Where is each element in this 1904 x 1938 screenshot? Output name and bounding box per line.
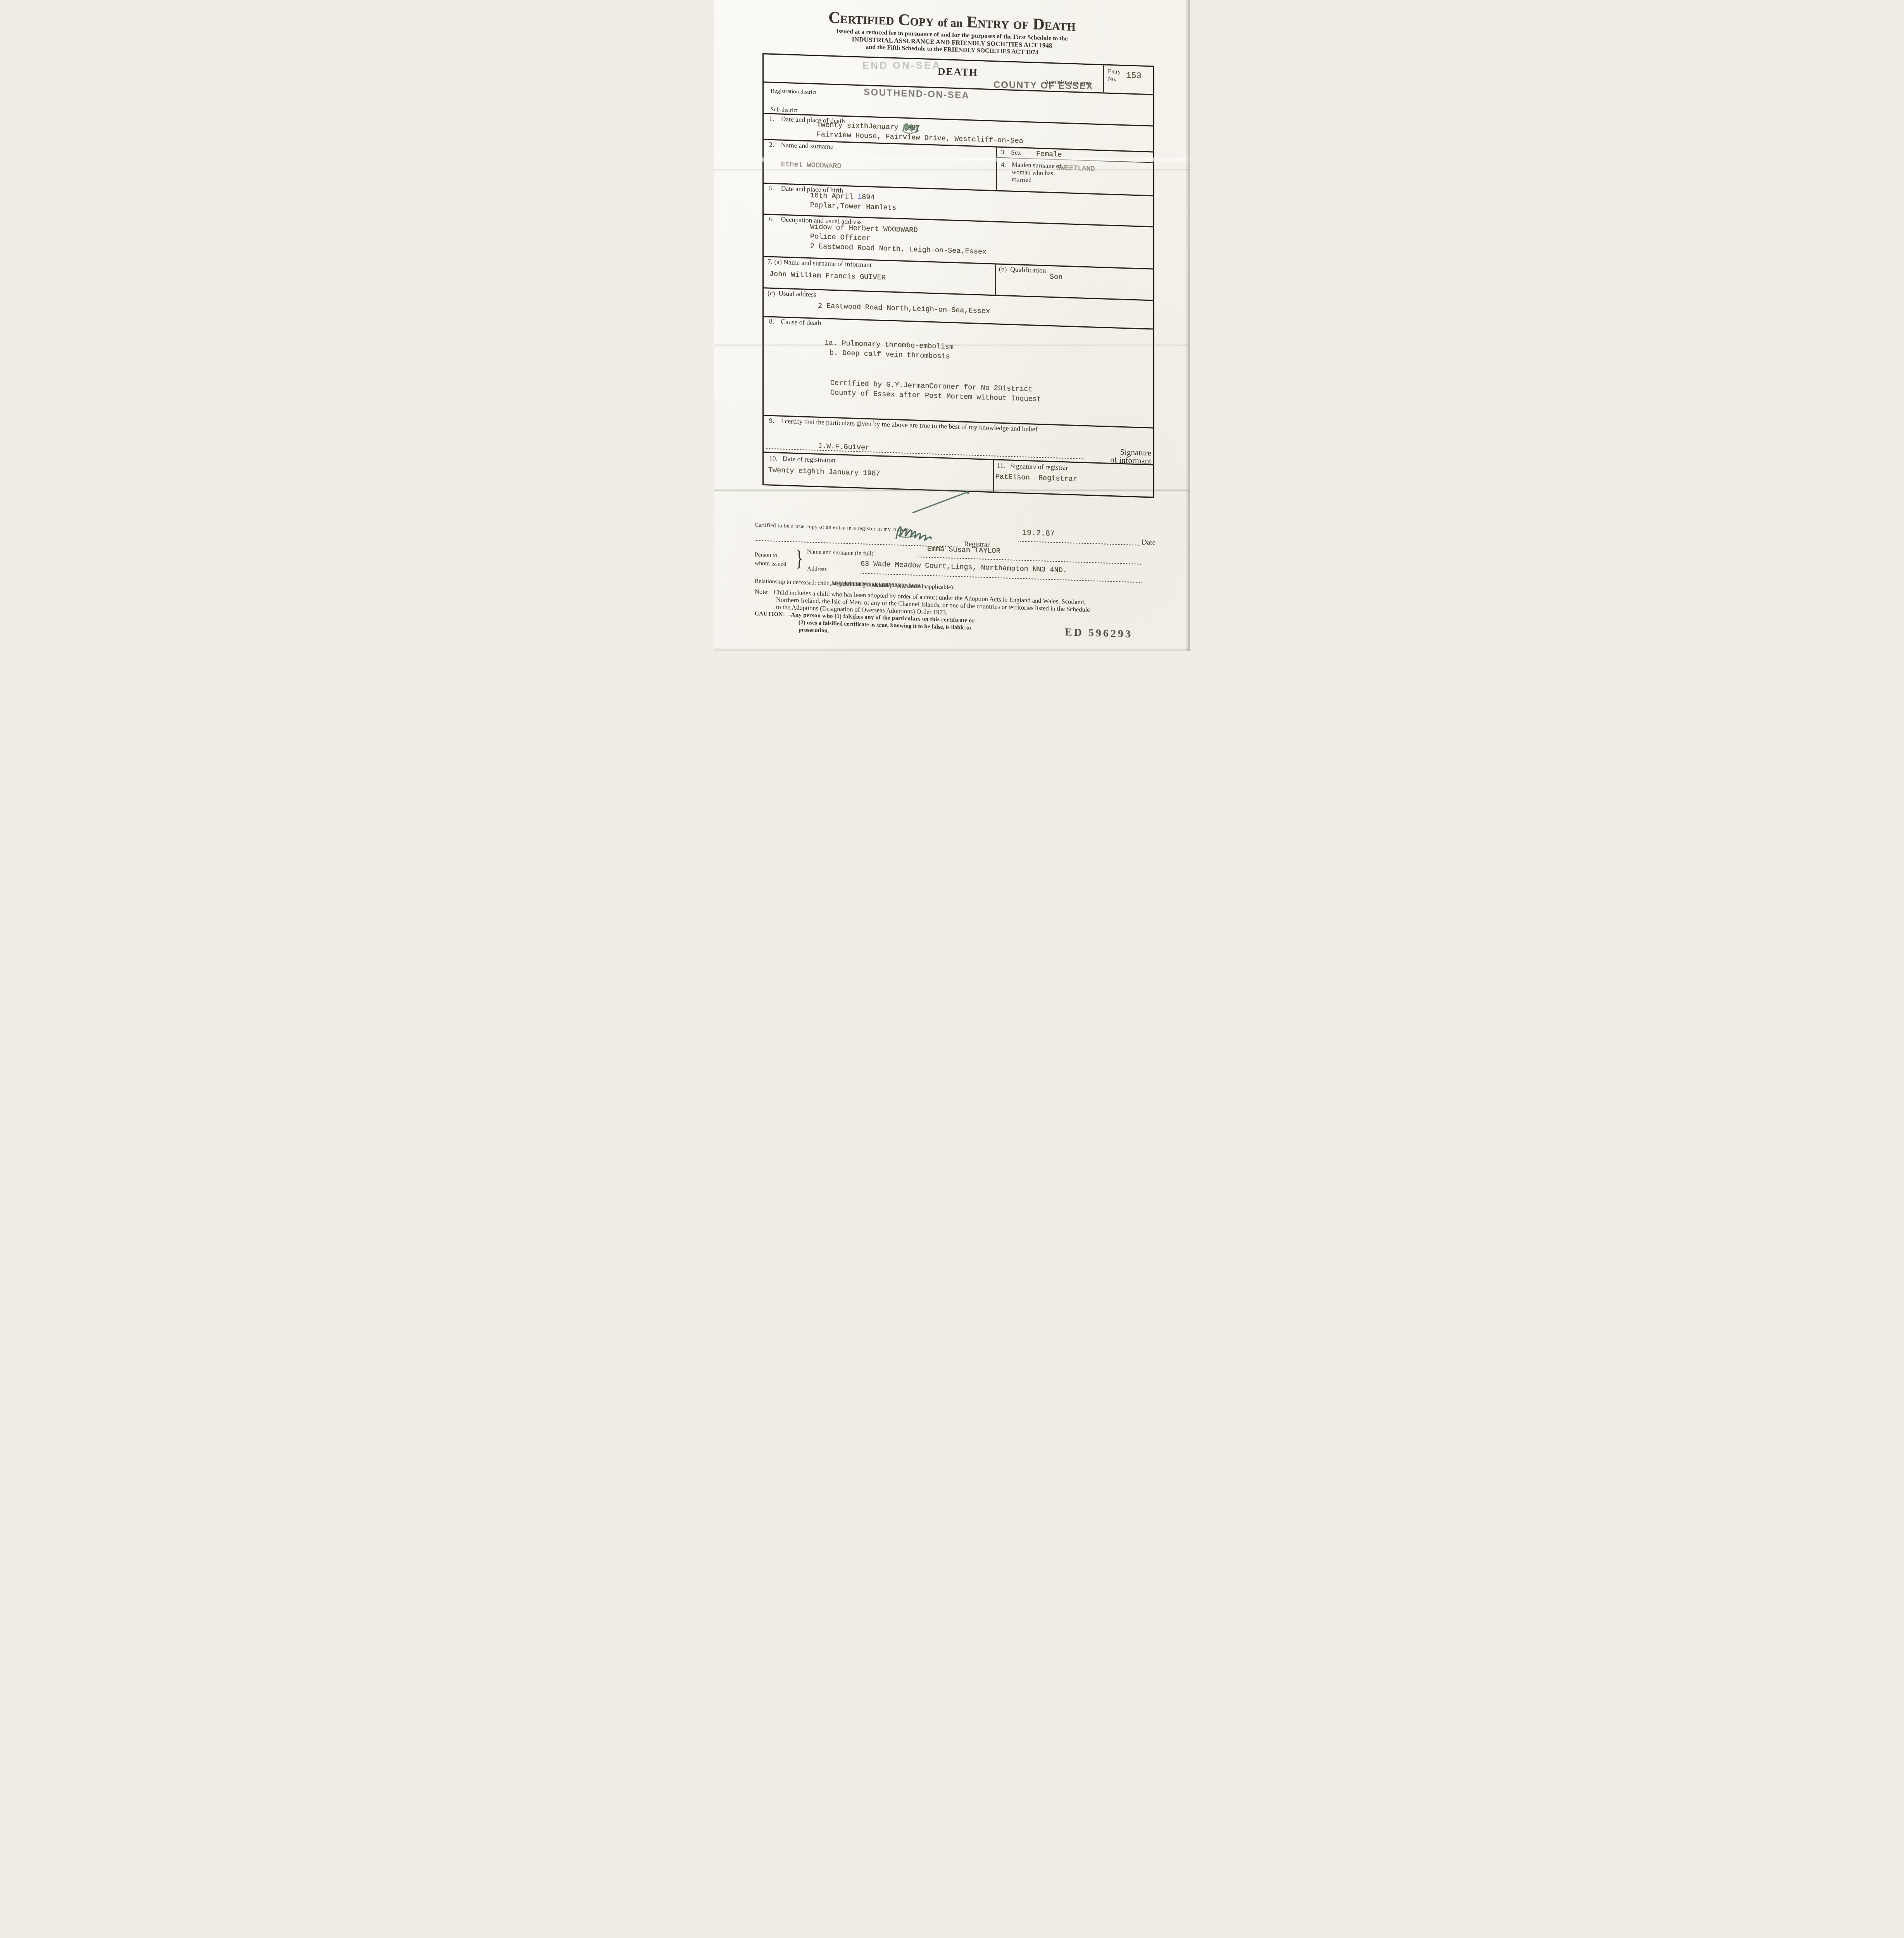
section-5-date-value: 16th April 1894 (810, 191, 875, 202)
certificate-scan: Certified Copy of an Entry of Death Issu… (714, 0, 1190, 651)
name-in-full-label: Name and surname (in full) (807, 548, 873, 558)
page-edge-shadow-right (1185, 0, 1190, 651)
title-part2: of an (938, 16, 962, 30)
certification-date-line (1018, 541, 1140, 545)
divider-registration-signature (993, 459, 994, 491)
section-4-number: 4. (1001, 160, 1006, 169)
section-11-registrar-value: PatElson Registrar (995, 472, 1077, 483)
divider-row7 (764, 287, 1153, 301)
relationship-pre-text: Relationship to deceased: child, (755, 578, 833, 586)
section-5-year-rest: 894 (862, 193, 874, 202)
section-5-date-text: 16th April (810, 191, 857, 201)
section-7b-label: (b) Qualification (999, 265, 1046, 275)
divider-informant-qualification (995, 263, 996, 295)
issued-address-value: 63 Wade Meadow Court,Lings, Northampton … (861, 560, 1067, 574)
person-issued-label-line2: whom issued (755, 560, 786, 568)
divider-row8 (764, 316, 1153, 329)
section-4-maiden-value: SWEETLAND (1056, 164, 1095, 173)
green-pen-mark (910, 488, 972, 517)
section-7a-informant-value: John William Francis GUIVER (769, 270, 886, 282)
divider-entry-cell (1103, 65, 1104, 92)
section-2-name-value: Ethel WOODWARD (781, 160, 841, 171)
registration-district-stamp: END ON-SEA (862, 59, 942, 72)
sub-district-label: Sub-district (771, 107, 798, 114)
signature-label-line2: of informant (1110, 455, 1151, 466)
certificate-serial-number: ED 596293 (1065, 626, 1133, 641)
section-5-blue-ink-digit: 1 (857, 193, 862, 201)
section-7b-qualification-value: Son (1050, 273, 1062, 281)
section-8-cause-value2: b. Deep calf vein thrombosis (830, 349, 950, 361)
caution-line3: prosecution. (799, 627, 829, 635)
section-10-label: 10. Date of registration (769, 454, 835, 465)
section-6-occupation-value2: Police Officer (810, 233, 870, 243)
entry-label-line2: No. (1108, 76, 1116, 83)
person-issued-brace: } (795, 545, 803, 571)
title-part1: Certified Copy (828, 9, 934, 30)
section-3-label: 3. Sex (1001, 148, 1021, 157)
entry-label-line1: Entry (1108, 69, 1121, 76)
section-1-date-text: Twenty sixthJanuary (817, 121, 903, 132)
certified-true-copy-statement: Certified to be a true copy of an entry … (755, 522, 912, 533)
section-7c-address-value: 2 Eastwood Road North,Leigh-on-Sea,Essex (818, 302, 990, 316)
section-10-date-value: Twenty eighth January 1987 (768, 466, 880, 478)
page-edge-shadow-bottom (714, 648, 1190, 651)
divider-name-sex (996, 147, 997, 190)
document-content: Certified Copy of an Entry of Death Issu… (714, 0, 1190, 651)
address-label: Address (807, 566, 827, 573)
entry-number-value: 153 (1126, 71, 1142, 81)
death-heading: DEATH (938, 66, 978, 79)
section-6-address-value: 2 Eastwood Road North, Leigh-on-Sea,Esse… (810, 242, 986, 256)
document-header: Certified Copy of an Entry of Death Issu… (714, 5, 1190, 61)
title-part3: Entry of Death (967, 13, 1076, 34)
relationship-post-text: inapplicable). (920, 583, 955, 591)
section-8-label: 8. Cause of death (769, 317, 821, 327)
section-5-place-value: Poplar,Tower Hamlets (810, 201, 896, 212)
date-label: Date (1142, 538, 1156, 547)
registration-district-label: Registration district (771, 88, 817, 96)
section-3-sex-value: Female (1036, 150, 1062, 159)
person-issued-label-line1: Person to (755, 551, 777, 559)
issued-address-line (861, 573, 1142, 583)
registrar-signature-scribble (893, 522, 942, 544)
section-7c-label: (c) Usual address (767, 289, 816, 298)
certification-date-value: 19.2.87 (1022, 529, 1055, 539)
certificate-form-box: DEATH Entry No. 153 END ON-SEA COUNTY OF… (762, 53, 1154, 498)
section-11-label: 11. Signature of registrar (997, 462, 1068, 472)
section-2-label: 2. Name and surname (769, 141, 833, 151)
relationship-struck-text: stepchild or grandchild (delete those (833, 580, 920, 590)
sub-district-stamp: SOUTHEND-ON-SEA (864, 87, 970, 101)
signature-of-informant-label: Signatureof informant (1087, 447, 1151, 465)
